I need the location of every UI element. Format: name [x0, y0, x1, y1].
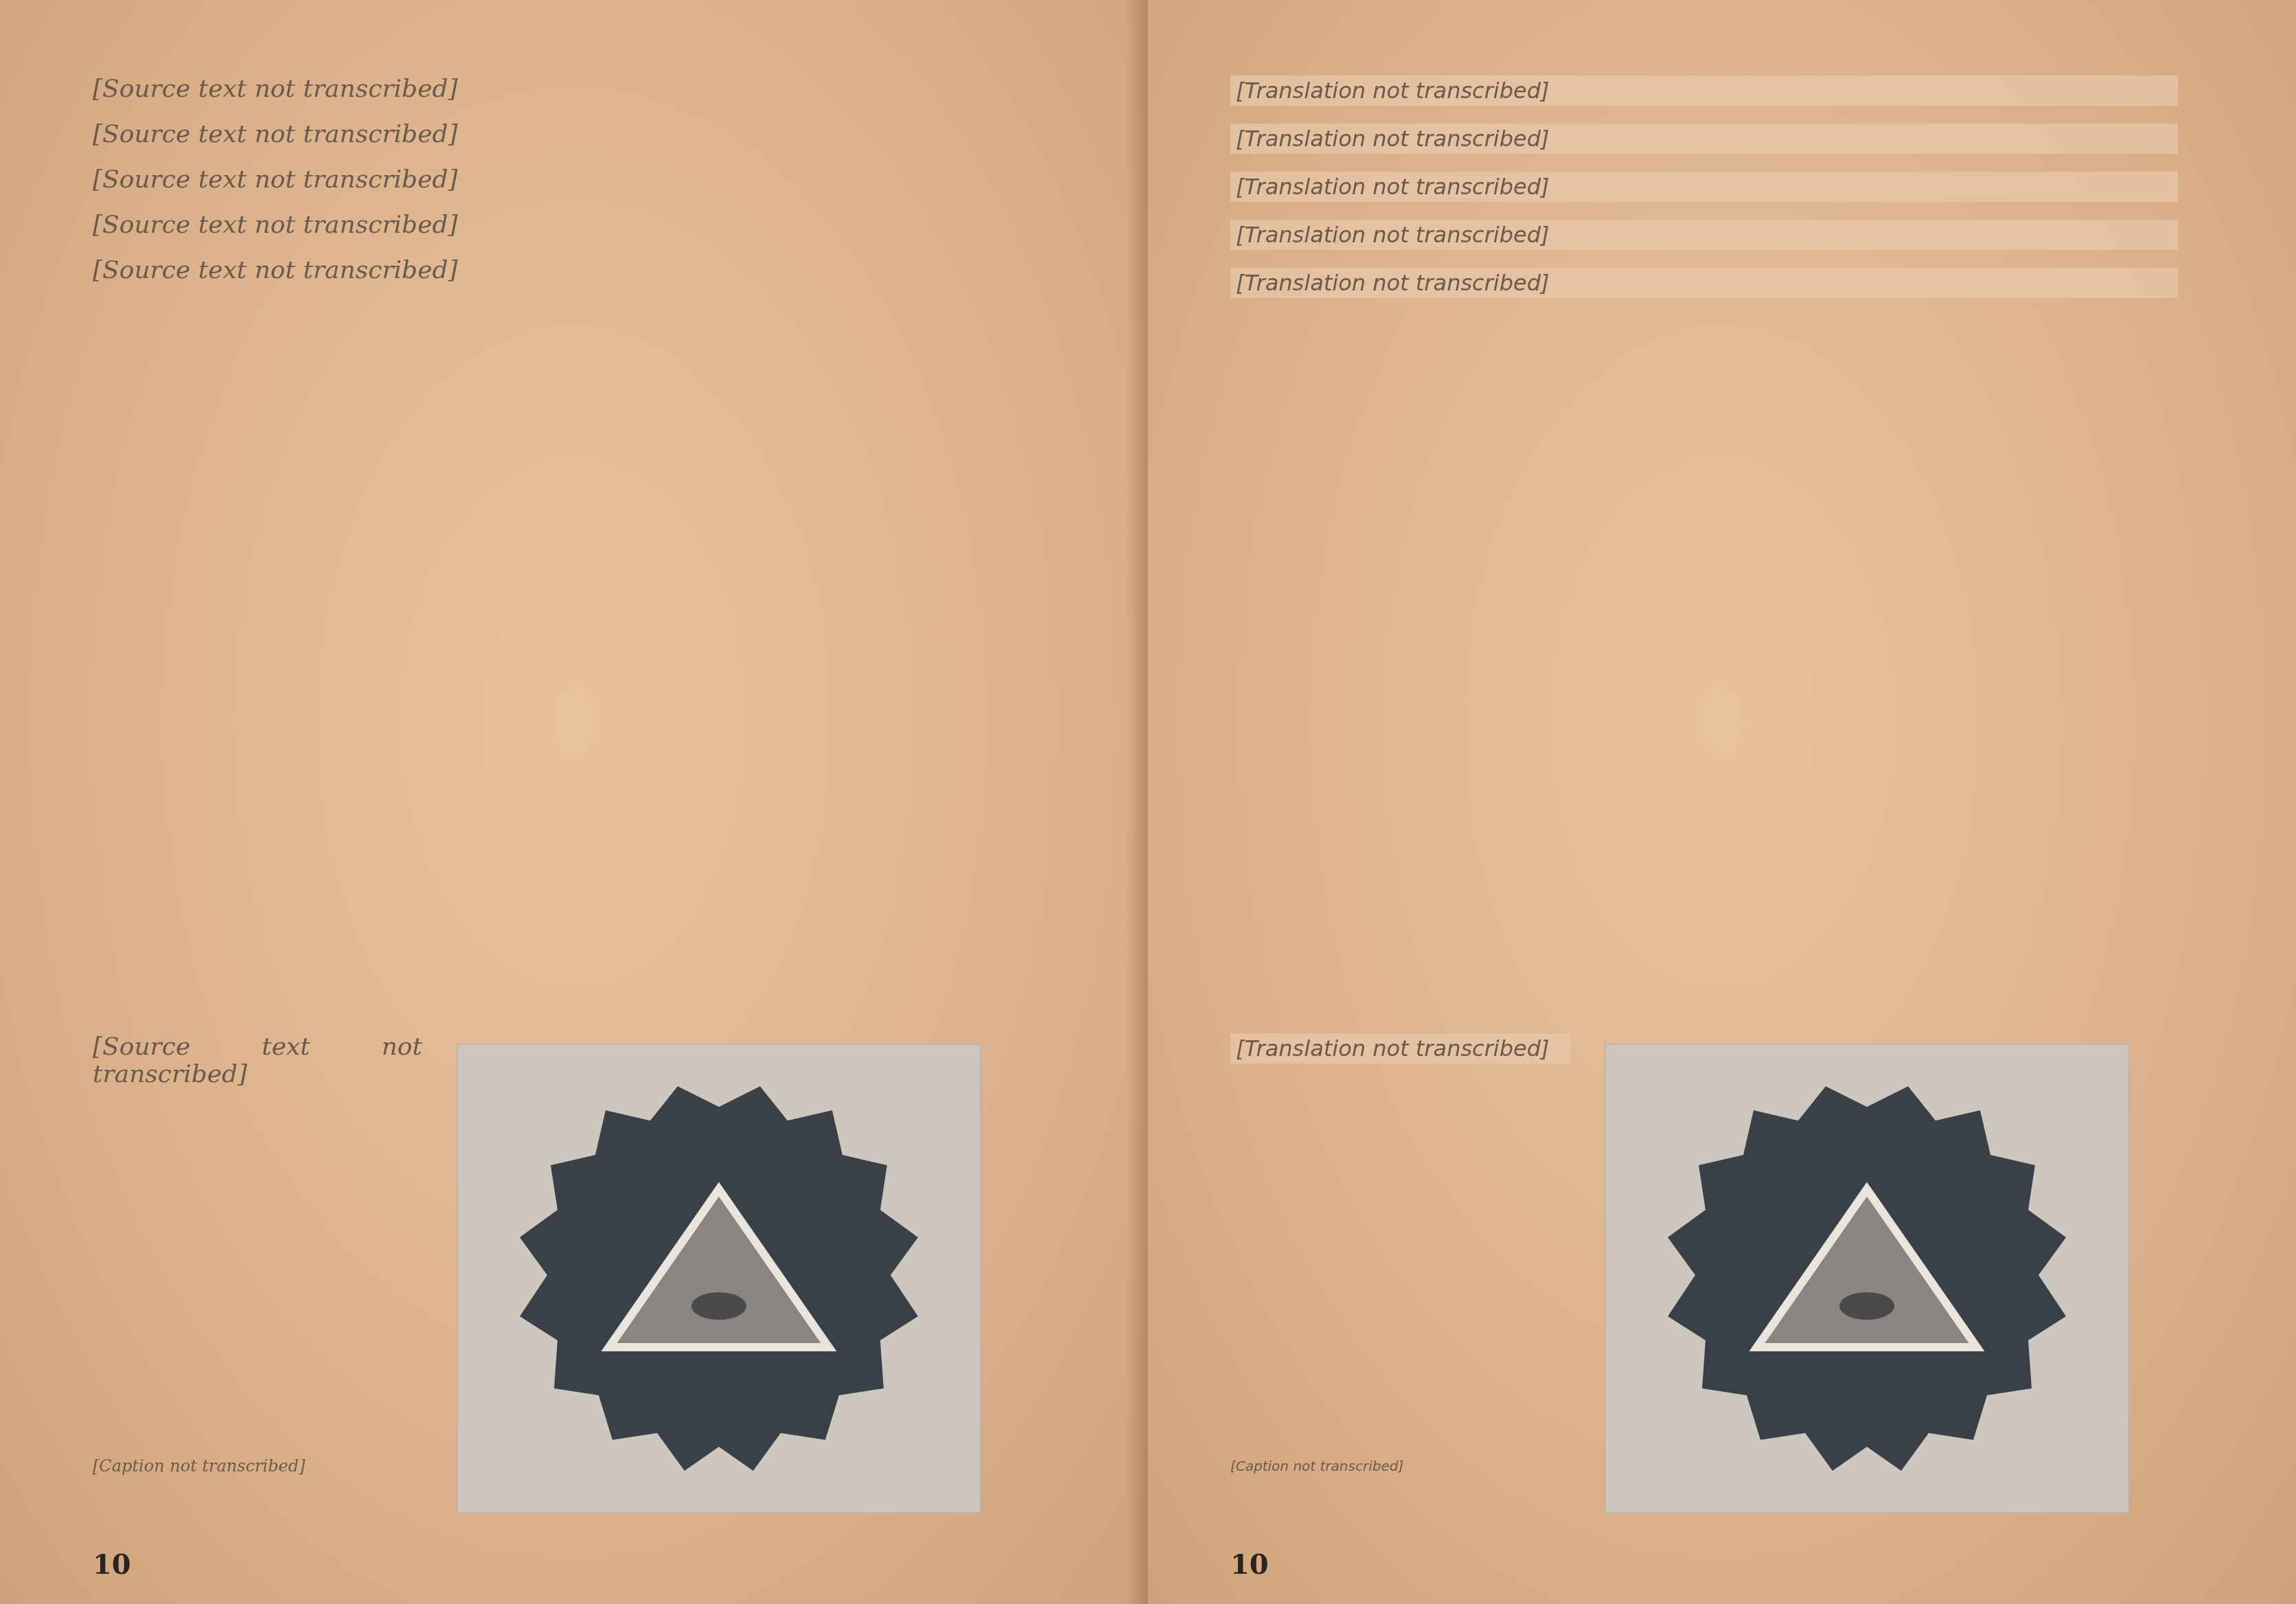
- right-narrow-column: [Translation not transcribed]: [1230, 1033, 1571, 1064]
- paragraph: [Source text not transcribed]: [93, 211, 1040, 239]
- paragraph: [Translation not transcribed]: [1230, 124, 2178, 154]
- left-narrow-column: [Source text not transcribed]: [93, 1033, 422, 1088]
- left-page: [Source text not transcribed] [Source te…: [0, 0, 1148, 1604]
- paragraph: [Source text not transcribed]: [93, 121, 1040, 148]
- scalloped-emblem-icon: [1606, 1045, 2128, 1512]
- page-number: 10: [93, 1548, 131, 1581]
- scalloped-emblem-icon: [458, 1045, 980, 1512]
- right-body-text: [Translation not transcribed] [Translati…: [1230, 76, 2178, 316]
- paragraph: [Source text not transcribed]: [93, 76, 1040, 103]
- left-body-text: [Source text not transcribed] [Source te…: [93, 76, 1040, 302]
- emblem-image: [457, 1044, 981, 1513]
- right-page: [Translation not transcribed] [Translati…: [1148, 0, 2296, 1604]
- figure-caption: [Caption not transcribed]: [1230, 1456, 1560, 1476]
- paragraph: [Translation not transcribed]: [1230, 220, 2178, 250]
- page-number: 10: [1230, 1548, 1269, 1581]
- paragraph: [Translation not transcribed]: [1230, 268, 2178, 298]
- paragraph: [Translation not transcribed]: [1230, 76, 2178, 106]
- emblem-image: [1605, 1044, 2129, 1513]
- figure-caption: [Caption not transcribed]: [93, 1456, 422, 1476]
- paragraph: [Source text not transcribed]: [93, 166, 1040, 194]
- paragraph: [Source text not transcribed]: [93, 257, 1040, 284]
- paragraph: [Translation not transcribed]: [1230, 172, 2178, 202]
- book-spread: [Source text not transcribed] [Source te…: [0, 0, 2296, 1604]
